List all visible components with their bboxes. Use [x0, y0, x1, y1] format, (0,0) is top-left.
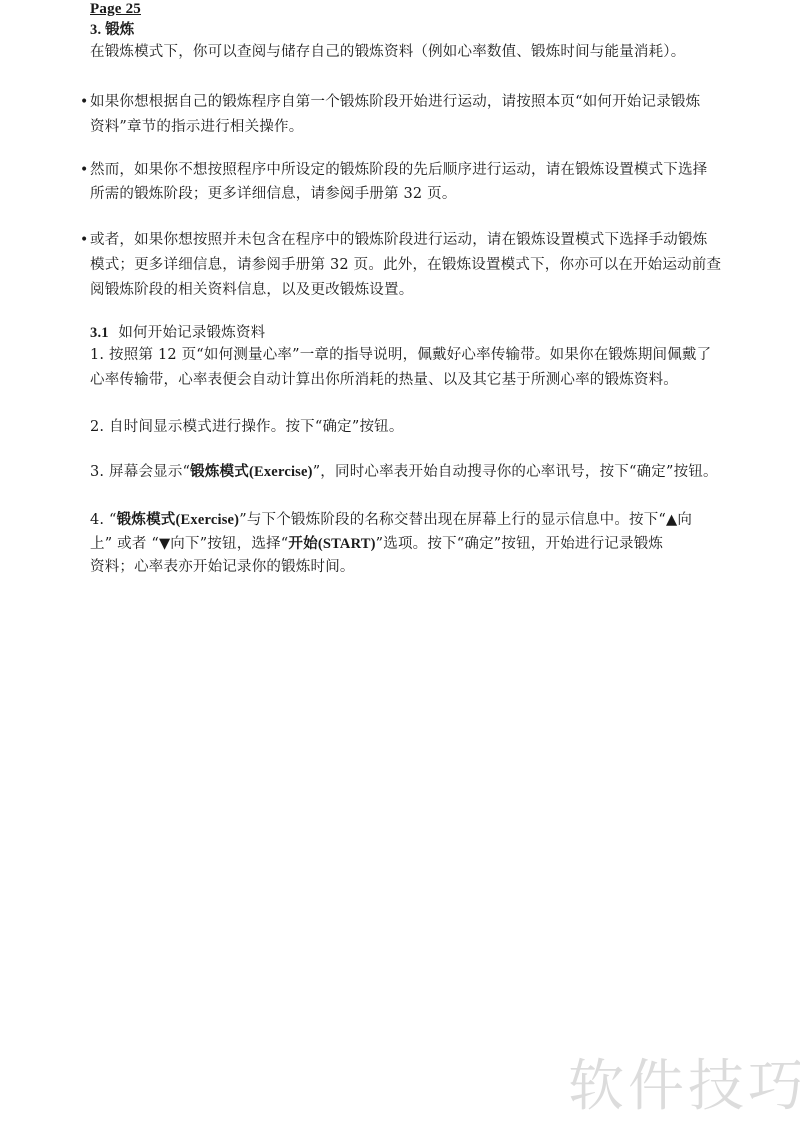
- step-4-pre: 4. “: [90, 512, 117, 528]
- watermark: 软件技巧: [568, 1042, 800, 1122]
- step-3-post: ”，同时心率表开始自动搜寻你的心率讯号，按下“确定”按钮。: [313, 464, 718, 480]
- bullet-icon: •: [80, 93, 88, 111]
- subsection-heading: 3.1 如何开始记录锻炼资料: [90, 324, 265, 342]
- step-4-line-3: 资料；心率表亦开始记录你的锻炼时间。: [90, 558, 355, 576]
- section-heading: 3. 锻炼: [90, 21, 135, 39]
- step-3-pre: 3. 屏幕会显示“: [90, 464, 190, 480]
- step-4-l2-post: ”选项。按下“确定”按钮，开始进行记录锻炼: [376, 536, 663, 552]
- exercise-mode-label: 锻炼模式(Exercise): [117, 512, 240, 528]
- step-1-line-2: 心率传输带，心率表便会自动计算出你所消耗的热量、以及其它基于所测心率的锻炼资料。: [90, 371, 678, 389]
- step-4-line-1: 4. “锻炼模式(Exercise)”与下个锻炼阶段的名称交替出现在屏幕上行的显…: [90, 511, 692, 529]
- bullet-3-line-3: 阅锻炼阶段的相关资料信息，以及更改锻炼设置。: [90, 281, 413, 299]
- bullet-1-line-2: 资料”章节的指示进行相关操作。: [90, 118, 303, 136]
- bullet-2-line-2: 所需的锻炼阶段；更多详细信息，请参阅手册第 32 页。: [90, 185, 457, 203]
- bullet-icon: •: [80, 231, 88, 249]
- subsection-number: 3.1: [90, 325, 109, 341]
- exercise-mode-label: 锻炼模式(Exercise): [190, 464, 313, 480]
- bullet-3-line-1: 或者，如果你想按照并未包含在程序中的锻炼阶段进行运动，请在锻炼设置模式下选择手动…: [90, 231, 707, 249]
- intro-paragraph: 在锻炼模式下，你可以查阅与储存自己的锻炼资料（例如心率数值、锻炼时间与能量消耗）…: [90, 43, 685, 61]
- step-4-line-2: 上” 或者 “▼向下”按钮，选择“开始(START)”选项。按下“确定”按钮，开…: [90, 535, 663, 553]
- step-1-line-1: 1. 按照第 12 页“如何测量心率”一章的指导说明，佩戴好心率传输带。如果你在…: [90, 346, 711, 364]
- step-4-l2-pre: 上” 或者 “▼向下”按钮，选择“: [90, 536, 288, 552]
- step-2: 2. 自时间显示模式进行操作。按下“确定”按钮。: [90, 418, 404, 436]
- bullet-icon: •: [80, 161, 88, 179]
- bullet-1-line-1: 如果你想根据自己的锻炼程序自第一个锻炼阶段开始进行运动，请按照本页“如何开始记录…: [90, 93, 700, 111]
- subsection-title: 如何开始记录锻炼资料: [118, 325, 265, 341]
- step-4-post: ”与下个锻炼阶段的名称交替出现在屏幕上行的显示信息中。按下“▲向: [239, 512, 692, 528]
- step-3: 3. 屏幕会显示“锻炼模式(Exercise)”，同时心率表开始自动搜寻你的心率…: [90, 463, 718, 481]
- bullet-3-line-2: 模式；更多详细信息，请参阅手册第 32 页。此外，在锻炼设置模式下，你亦可以在开…: [90, 256, 721, 274]
- start-option-label: 开始(START): [288, 536, 375, 552]
- page-label: Page 25: [90, 0, 141, 18]
- bullet-2-line-1: 然而，如果你不想按照程序中所设定的锻炼阶段的先后顺序进行运动，请在锻炼设置模式下…: [90, 161, 707, 179]
